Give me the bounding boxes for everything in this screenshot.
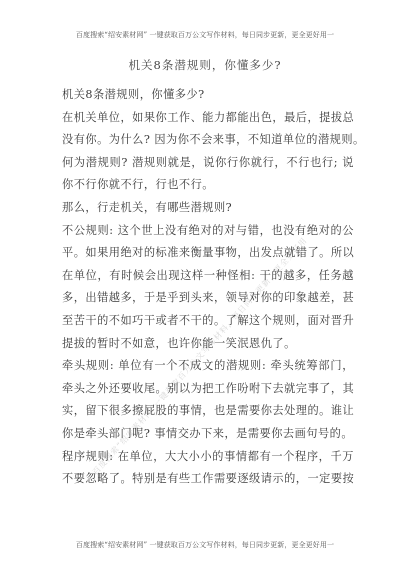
document-page: 百度搜索“绍安素材网” 一键获取百万公文写作材料，每日同步更新，更全更好用一 百… (0, 0, 410, 580)
body-line: 没有你。为什么? 因为你不会来事，不知道单位的潜规则。 (62, 129, 354, 152)
header-promo-note: 百度搜索“绍安素材网” 一键获取百万公文写作材料，每日同步更新，更全更好用一 (0, 30, 410, 40)
document-body: 机关8条潜规则，你懂多少? 在机关单位，如果你工作、能力都能出色，最后，提拔总 … (62, 84, 354, 491)
body-line: 平。如果用绝对的标准来衡量事物，出发点就错了。所以 (62, 242, 354, 265)
body-line: 至苦干的不如巧干或者不干的。了解这个规则，面对晋升 (62, 310, 354, 333)
body-line: 不要忽略了。特别是有些工作需要逐级请示的，一定要按 (62, 468, 354, 491)
body-line: 提拔的暂时不如意，也许你能一笑泯恩仇了。 (62, 333, 354, 356)
body-line: 不公规则: 这个世上没有绝对的对与错，也没有绝对的公 (62, 220, 354, 243)
body-line: 机关8条潜规则，你懂多少? (62, 84, 354, 107)
body-line: 在机关单位，如果你工作、能力都能出色，最后，提拔总 (62, 107, 354, 130)
body-line: 你是牵头部门呢? 事情交办下来，是需要你去画句号的。 (62, 423, 354, 446)
footer-promo-note: 百度搜索“绍安素材网” 一键获取百万公文写作材料，每日同步更新，更全更好用一 (0, 540, 410, 550)
body-line: 那么，行走机关，有哪些潜规则? (62, 197, 354, 220)
body-line: 程序规则: 在单位，大大小小的事情都有一个程序，千万 (62, 446, 354, 469)
body-line: 多，出错越多，于是乎到头来，领导对你的印象越差，甚 (62, 287, 354, 310)
body-line: 在单位，有时候会出现这样一种怪相: 干的越多，任务越 (62, 265, 354, 288)
body-line: 何为潜规则? 潜规则就是，说你行你就行，不行也行; 说 (62, 152, 354, 175)
document-title: 机关8条潜规则，你懂多少? (0, 57, 410, 73)
body-line: 牵头之外还要收尾。别以为把工作吩咐下去就完事了，其 (62, 378, 354, 401)
body-line: 实，留下很多擦屁股的事情，也是需要你去处理的。谁让 (62, 400, 354, 423)
body-line: 你不行你就不行，行也不行。 (62, 174, 354, 197)
body-line: 牵头规则: 单位有一个不成文的潜规则: 牵头统筹部门， (62, 355, 354, 378)
